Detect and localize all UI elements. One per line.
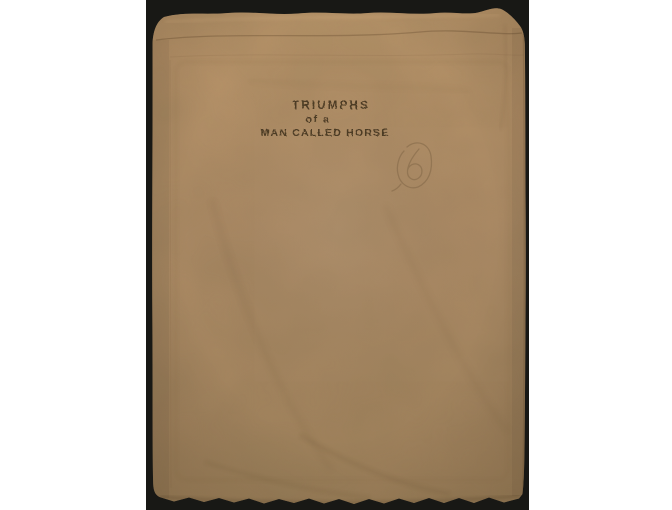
envelope-photo: TRIUMPHS of a MAN CALLED HORSE <box>0 0 672 510</box>
stamp-line-1: TRIUMPHS <box>292 100 370 112</box>
stamp-line-3: MAN CALLED HORSE <box>261 127 390 139</box>
envelope-photo-canvas: TRIUMPHS of a MAN CALLED HORSE <box>0 0 672 510</box>
stamp-line-2: of a <box>306 114 331 126</box>
lighting-vignette <box>146 0 529 510</box>
envelope-surface-detail <box>146 0 529 510</box>
